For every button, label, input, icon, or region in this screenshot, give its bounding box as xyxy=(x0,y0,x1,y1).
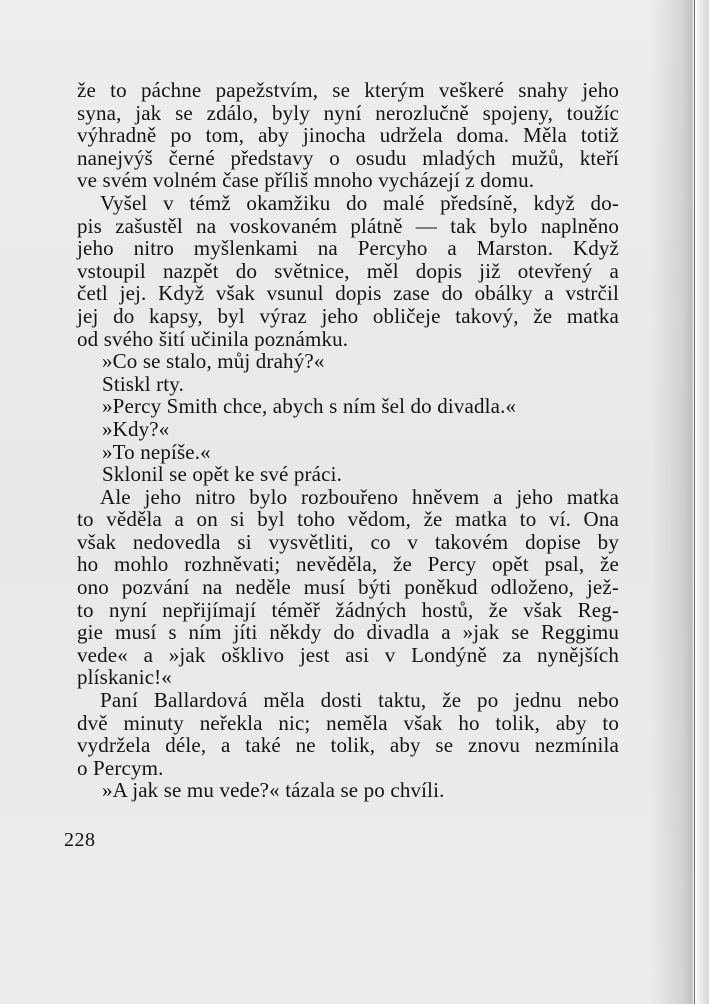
dialogue-line: »Co se stalo, můj drahý?« xyxy=(77,350,619,373)
text-line: pis zašustěl na voskovaném plátně — tak … xyxy=(77,215,619,238)
paragraph-start-line: Paní Ballardová měla dosti taktu, že po … xyxy=(77,689,619,712)
paragraph-start-line: Vyšel v témž okamžiku do malé předsíně, … xyxy=(77,192,619,215)
text-line: plískanic!« xyxy=(77,666,619,689)
text-line: četl jej. Když však vsunul dopis zase do… xyxy=(77,282,619,305)
book-page: že to páchne papežstvím, se kterým veške… xyxy=(0,0,709,1004)
text-line: vstoupil nazpět do světnice, měl dopis j… xyxy=(77,260,619,283)
text-line: syna, jak se zdálo, byly nyní nerozlučně… xyxy=(77,102,619,125)
text-line: že to páchne papežstvím, se kterým veške… xyxy=(77,79,619,102)
text-line: jeho nitro myšlenkami na Percyho a Marst… xyxy=(77,237,619,260)
text-line: výhradně po tom, aby jinocha udržela dom… xyxy=(77,124,619,147)
dialogue-line: Sklonil se opět ke své práci. xyxy=(77,463,619,486)
paragraph-start-line: Ale jeho nitro bylo rozbouřeno hněvem a … xyxy=(77,486,619,509)
text-line: ono pozvání na neděle musí býti poněkud … xyxy=(77,576,619,599)
text-line: gie musí s ním jíti někdy do divadla a »… xyxy=(77,621,619,644)
dialogue-line: Stiskl rty. xyxy=(77,373,619,396)
text-line: vydržela déle, a také ne tolik, aby se z… xyxy=(77,734,619,757)
page-binding-edge xyxy=(694,0,697,1004)
dialogue-line: »A jak se mu vede?« tázala se po chvíli. xyxy=(77,779,619,802)
text-line: ve svém volném čase příliš mnoho vycháze… xyxy=(77,169,619,192)
text-line: to věděla a on si byl toho vědom, že mat… xyxy=(77,508,619,531)
page-number: 228 xyxy=(64,829,96,852)
text-line: od svého šití učinila poznámku. xyxy=(77,328,619,351)
text-line: jej do kapsy, byl výraz jeho obličeje ta… xyxy=(77,305,619,328)
dialogue-line: »To nepíše.« xyxy=(77,441,619,464)
text-line: to nyní nepřijímají téměř žádných hostů,… xyxy=(77,599,619,622)
dialogue-line: »Kdy?« xyxy=(77,418,619,441)
page-body-text: že to páchne papežstvím, se kterým veške… xyxy=(77,79,619,802)
text-line: nanejvýš černé představy o osudu mladých… xyxy=(77,147,619,170)
text-line: však nedovedla si vysvětliti, co v takov… xyxy=(77,531,619,554)
dialogue-line: »Percy Smith chce, abych s ním šel do di… xyxy=(77,395,619,418)
text-line: vede« a »jak ošklivo jest asi v Londýně … xyxy=(77,644,619,667)
text-line: o Percym. xyxy=(77,757,619,780)
text-line: dvě minuty neřekla nic; neměla však ho t… xyxy=(77,712,619,735)
text-line: ho mohlo rozhněvati; nevěděla, že Percy … xyxy=(77,553,619,576)
